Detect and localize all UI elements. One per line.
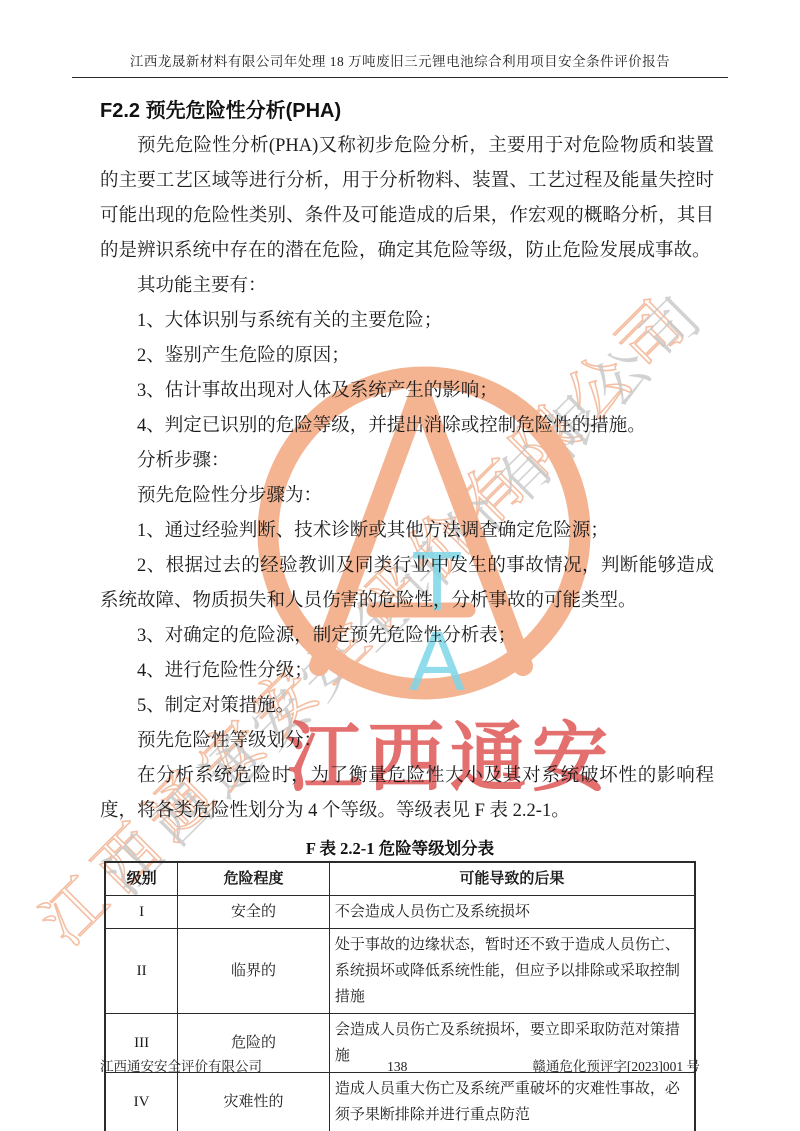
table-cell: 灾难性的 <box>178 1073 330 1131</box>
paragraph: 2、根据过去的经验教训及同类行业中发生的事故情况，判断能够造成系统故障、物质损失… <box>100 549 714 619</box>
paragraph: 分析步骤： <box>100 444 714 479</box>
footer-company: 江西通安安全评价有限公司 <box>100 1055 262 1075</box>
table-cell: 不会造成人员伤亡及系统损坏 <box>329 896 695 929</box>
table-cell: 造成人员重大伤亡及系统严重破坏的灾难性事故，必须予果断排除并进行重点防范 <box>329 1073 695 1131</box>
page-number: 138 <box>387 1059 407 1075</box>
body-paragraphs: 预先危险性分析(PHA)又称初步危险分析，主要用于对危险物质和装置的主要工艺区域… <box>100 129 714 829</box>
paragraph: 其功能主要有： <box>100 269 714 304</box>
paragraph: 预先危险性分析(PHA)又称初步危险分析，主要用于对危险物质和装置的主要工艺区域… <box>100 129 714 269</box>
table-header-cell: 危险程度 <box>178 862 330 896</box>
paragraph: 预先危险性分步骤为： <box>100 479 714 514</box>
table-cell: 临界的 <box>178 929 330 1014</box>
grade-table-body: I安全的不会造成人员伤亡及系统损坏II临界的处于事故的边缘状态，暂时还不致于造成… <box>105 896 695 1131</box>
paragraph: 1、大体识别与系统有关的主要危险； <box>100 304 714 339</box>
table-row: IV灾难性的造成人员重大伤亡及系统严重破坏的灾难性事故，必须予果断排除并进行重点… <box>105 1073 695 1131</box>
table-cell: IV <box>105 1073 178 1131</box>
document-page: 江西通安安全评价有限公司 江西通安安全评价有限公司 T A 江西通安 江西龙晟新… <box>0 0 800 1131</box>
paragraph: 预先危险性等级划分： <box>100 724 714 759</box>
table-row: I安全的不会造成人员伤亡及系统损坏 <box>105 896 695 929</box>
page-content: 江西龙晟新材料有限公司年处理 18 万吨废旧三元锂电池综合利用项目安全条件评价报… <box>0 0 800 1131</box>
paragraph: 在分析系统危险时，为了衡量危险性大小及其对系统破坏性的影响程度，将各类危险性划分… <box>100 759 714 829</box>
paragraph: 5、制定对策措施。 <box>100 689 714 724</box>
table-header-row: 级别危险程度可能导致的后果 <box>105 862 695 896</box>
footer-doc-number: 赣通危化预评字[2023]001 号 <box>532 1055 700 1075</box>
table-cell: 安全的 <box>178 896 330 929</box>
paragraph: 4、进行危险性分级； <box>100 654 714 689</box>
table-header-cell: 级别 <box>105 862 178 896</box>
page-footer: 江西通安安全评价有限公司 138 赣通危化预评字[2023]001 号 <box>0 1055 800 1075</box>
table-cell: 处于事故的边缘状态，暂时还不致于造成人员伤亡、系统损坏或降低系统性能，但应予以排… <box>329 929 695 1014</box>
table-title: F 表 2.2-1 危险等级划分表 <box>0 835 800 859</box>
table-header-cell: 可能导致的后果 <box>329 862 695 896</box>
paragraph: 3、估计事故出现对人体及系统产生的影响； <box>100 374 714 409</box>
table-row: II临界的处于事故的边缘状态，暂时还不致于造成人员伤亡、系统损坏或降低系统性能，… <box>105 929 695 1014</box>
paragraph: 1、通过经验判断、技术诊断或其他方法调查确定危险源； <box>100 514 714 549</box>
paragraph: 2、鉴别产生危险的原因； <box>100 339 714 374</box>
table-cell: II <box>105 929 178 1014</box>
header-rule <box>72 77 728 78</box>
section-title: F2.2 预先危险性分析(PHA) <box>100 94 800 123</box>
running-header: 江西龙晟新材料有限公司年处理 18 万吨废旧三元锂电池综合利用项目安全条件评价报… <box>0 0 800 70</box>
hazard-grade-table: 级别危险程度可能导致的后果 I安全的不会造成人员伤亡及系统损坏II临界的处于事故… <box>104 861 696 1131</box>
paragraph: 3、对确定的危险源，制定预先危险性分析表； <box>100 619 714 654</box>
paragraph: 4、判定已识别的危险等级，并提出消除或控制危险性的措施。 <box>100 409 714 444</box>
table-cell: I <box>105 896 178 929</box>
